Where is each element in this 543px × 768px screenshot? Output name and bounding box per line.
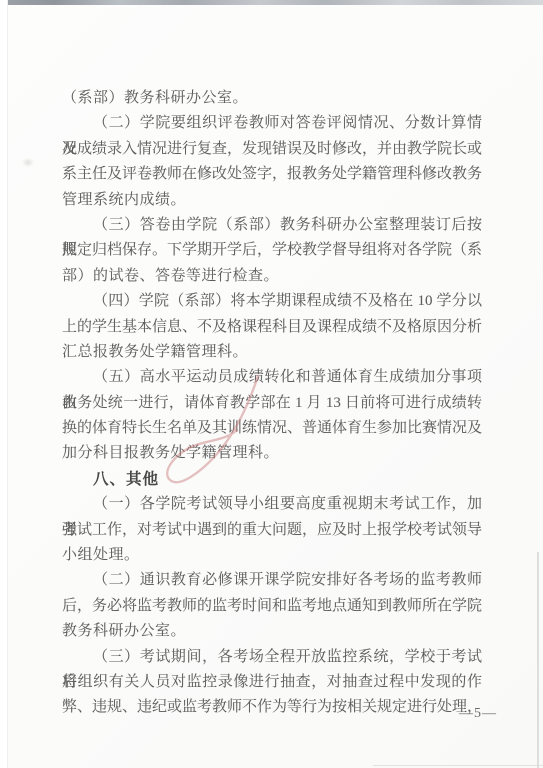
document-line: （五）高水平运动员成绩转化和普通体育生成绩加分事项由 xyxy=(62,365,482,390)
scan-edge-top xyxy=(0,0,543,5)
document-line: 教务科研办公室。 xyxy=(62,619,482,644)
scan-edge-left xyxy=(0,0,8,768)
document-line: （四）学院（系部）将本学期课程成绩不及格在 10 学分以 xyxy=(62,289,482,314)
document-line: 及成绩录入情况进行复查，发现错误及时修改，并由教学院长或 xyxy=(62,137,482,162)
document-line: （一）各学院考试领导小组要高度重视期末考试工作，加强 xyxy=(62,492,482,517)
document-line: 教务处统一进行，请体育教学部在 1 月 13 日前将可进行成绩转 xyxy=(62,391,482,416)
document-line: （三）答卷由学院（系部）教务科研办公室整理装订后按照 xyxy=(62,213,482,238)
scan-edge-right xyxy=(537,552,539,768)
document-line: （二）通识教育必修课开课学院安排好各考场的监考教师 xyxy=(62,568,482,593)
document-line: 部）的试卷、答卷等进行检查。 xyxy=(62,264,482,289)
document-line: 弊、违规、违纪或监考教师不作为等行为按相关规定进行处理， xyxy=(62,695,482,720)
document-line: 规定归档保存。下学期开学后，学校教学督导组将对各学院（系 xyxy=(62,238,482,263)
document-line: 将组织有关人员对监控录像进行抽查，对抽查过程中发现的作 xyxy=(62,670,482,695)
page-number: —5— xyxy=(459,706,497,722)
document-line: 加分科目报教务处学籍管理科。 xyxy=(62,441,482,466)
document-line: （二）学院要组织评卷教师对答卷评阅情况、分数计算情况 xyxy=(62,111,482,136)
document-line: （系部）教务科研办公室。 xyxy=(62,86,482,111)
document-line: 换的体育特长生名单及其训练情况、普通体育生参加比赛情况及 xyxy=(62,416,482,441)
document-line: 上的学生基本信息、不及格课程科目及课程成绩不及格原因分析 xyxy=(62,315,482,340)
document-line: （三）考试期间，各考场全程开放监控系统，学校于考试后 xyxy=(62,645,482,670)
section-heading: 八、其他 xyxy=(62,467,482,492)
document-line: 考试工作，对考试中遇到的重大问题，应及时上报学校考试领导 xyxy=(62,518,482,543)
document-line: 汇总报教务处学籍管理科。 xyxy=(62,340,482,365)
document-line: 管理系统内成绩。 xyxy=(62,188,482,213)
scan-smudge xyxy=(24,160,32,165)
document-line: 后，务必将监考教师的监考时间和监考地点通知到教师所在学院 xyxy=(62,594,482,619)
scanned-page: （系部）教务科研办公室。 （二）学院要组织评卷教师对答卷评阅情况、分数计算情况 … xyxy=(0,0,543,768)
document-line: 小组处理。 xyxy=(62,543,482,568)
document-body: （系部）教务科研办公室。 （二）学院要组织评卷教师对答卷评阅情况、分数计算情况 … xyxy=(62,86,482,721)
scan-edge-bottom xyxy=(373,765,543,766)
document-line: 系主任及评卷教师在修改处签字，报教务处学籍管理科修改教务 xyxy=(62,162,482,187)
